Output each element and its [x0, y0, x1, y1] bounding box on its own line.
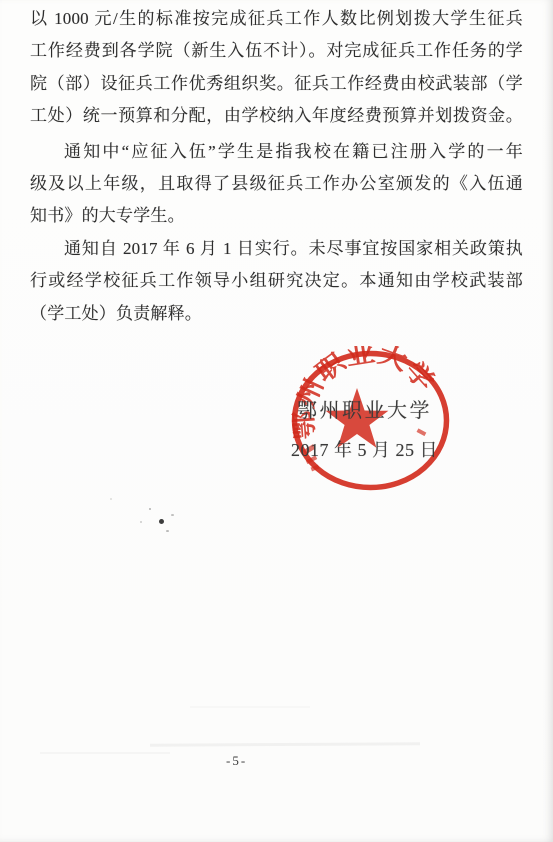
text-line: 通知中“应征入伍”学生是指我校在籍已注册入学的一年 — [30, 136, 523, 168]
text-line: 工处）统一预算和分配，由学校纳入年度经费预算并划拨资金。 — [30, 100, 523, 132]
scan-streak — [150, 742, 420, 746]
text-line: 行或经学校征兵工作领导小组研究决定。本通知由学校武装部 — [30, 265, 523, 297]
text-line: 院（部）设征兵工作优秀组织奖。征兵工作经费由校武装部（学 — [30, 68, 523, 100]
ink-speck — [110, 498, 112, 500]
ink-speck — [140, 521, 142, 523]
text-line: 级及以上年级，且取得了县级征兵工作办公室颁发的《入伍通 — [30, 168, 523, 200]
paragraph-funding: 以 1000 元/生的标准按完成征兵工作人数比例划拨大学生征兵 工作经费到各学院… — [30, 3, 523, 133]
text-line: 知书》的大专学生。 — [30, 200, 523, 232]
text-line: 通知自 2017 年 6 月 1 日实行。未尽事宜按国家相关政策执 — [30, 233, 523, 265]
scan-streak — [40, 752, 170, 754]
ink-speck — [149, 508, 151, 510]
ink-speck — [166, 530, 169, 532]
ink-speck — [171, 514, 174, 516]
signature-organization: 鄂州职业大学 — [297, 394, 432, 423]
scan-streak — [190, 706, 310, 708]
signature-date: 2017 年 5 月 25 日 — [291, 436, 438, 462]
page-number: -5- — [226, 753, 247, 769]
scanned-document-page: 以 1000 元/生的标准按完成征兵工作人数比例划拨大学生征兵 工作经费到各学院… — [0, 0, 553, 842]
text-line: （学工处）负责解释。 — [30, 298, 523, 330]
text-line: 以 1000 元/生的标准按完成征兵工作人数比例划拨大学生征兵 — [30, 3, 523, 35]
body-text: 以 1000 元/生的标准按完成征兵工作人数比例划拨大学生征兵 工作经费到各学院… — [30, 3, 523, 330]
ink-speck — [159, 519, 164, 524]
paragraph-definition: 通知中“应征入伍”学生是指我校在籍已注册入学的一年 级及以上年级，且取得了县级征… — [30, 136, 523, 233]
paragraph-effective-date: 通知自 2017 年 6 月 1 日实行。未尽事宜按国家相关政策执 行或经学校征… — [30, 233, 523, 330]
text-line: 工作经费到各学院（新生入伍不计）。对完成征兵工作任务的学 — [30, 35, 523, 67]
